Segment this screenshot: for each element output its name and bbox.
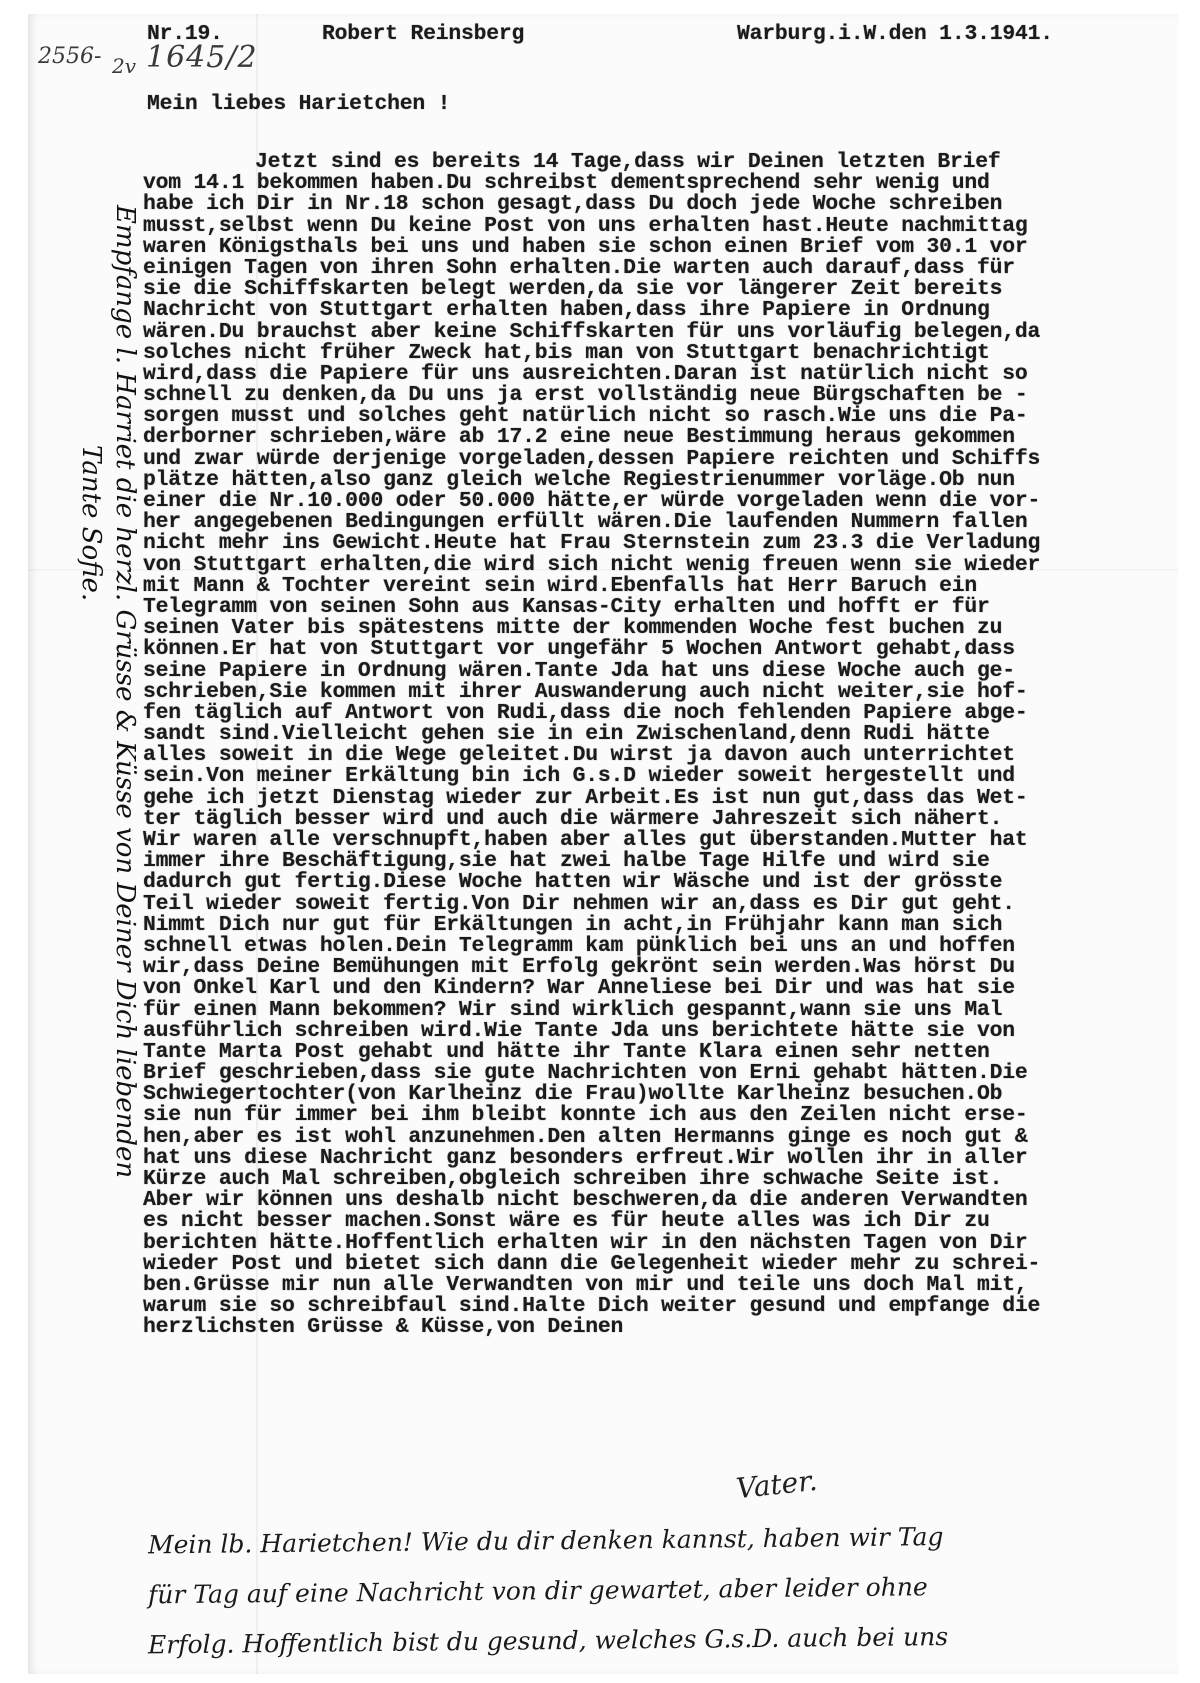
- body-line: berichten hätte.Hoffentlich erhalten wir…: [143, 1233, 1183, 1254]
- body-line: derborner schrieben,wäre ab 17.2 eine ne…: [143, 427, 1183, 448]
- handwritten-postscript: Mein lb. Harietchen! Wie du dir denken k…: [148, 1515, 1178, 1665]
- body-line: dadurch gut fertig.Diese Woche hatten wi…: [143, 872, 1183, 893]
- body-line: fen täglich auf Antwort von Rudi,dass di…: [143, 703, 1183, 724]
- body-line: von Onkel Karl und den Kindern? War Anne…: [143, 978, 1183, 999]
- body-line: hen,aber es ist wohl anzunehmen.Den alte…: [143, 1127, 1183, 1148]
- body-line: musst,selbst wenn Du keine Post von uns …: [143, 216, 1183, 237]
- body-line: ausführlich schreiben wird.Wie Tante Jda…: [143, 1021, 1183, 1042]
- salutation: Mein liebes Harietchen !: [147, 92, 450, 116]
- body-line: hat uns diese Nachricht ganz besonders e…: [143, 1148, 1183, 1169]
- letter-body: Jetzt sind es bereits 14 Tage,dass wir D…: [143, 152, 1183, 1339]
- letter-header: Nr.19. Robert Reinsberg Warburg.i.W.den …: [147, 22, 1147, 52]
- body-line: habe ich Dir in Nr.18 schon gesagt,dass …: [143, 194, 1183, 215]
- body-line: gehe ich jetzt Dienstag wieder zur Arbei…: [143, 788, 1183, 809]
- body-line: Telegramm von seinen Sohn aus Kansas-Cit…: [143, 597, 1183, 618]
- body-line: Wir waren alle verschnupft,haben aber al…: [143, 830, 1183, 851]
- body-line: Tante Marta Post gehabt und hätte ihr Ta…: [143, 1042, 1183, 1063]
- letter-number: Nr.19.: [147, 22, 223, 46]
- body-line: schrieben,Sie kommen mit ihrer Auswander…: [143, 682, 1183, 703]
- body-line: plätze hätten,also ganz gleich welche Re…: [143, 470, 1183, 491]
- body-line: Nachricht von Stuttgart erhalten haben,d…: [143, 300, 1183, 321]
- body-line: Teil wieder soweit fertig.Von Dir nehmen…: [143, 894, 1183, 915]
- body-line: Jetzt sind es bereits 14 Tage,dass wir D…: [143, 152, 1183, 173]
- place-date: Warburg.i.W.den 1.3.1941.: [737, 22, 1053, 46]
- body-line: solches nicht früher Zweck hat,bis man v…: [143, 343, 1183, 364]
- postscript-line: Erfolg. Hoffentlich bist du gesund, welc…: [148, 1610, 1178, 1671]
- body-line: ter täglich besser wird und auch die wär…: [143, 809, 1183, 830]
- body-line: es nicht besser machen.Sonst wäre es für…: [143, 1211, 1183, 1232]
- body-line: seine Papiere in Ordnung wären.Tante Jda…: [143, 661, 1183, 682]
- body-line: können.Er hat von Stuttgart vor ungefähr…: [143, 639, 1183, 660]
- body-line: Kürze auch Mal schreiben,obgleich schrei…: [143, 1169, 1183, 1190]
- body-line: mit Mann & Tochter vereint sein wird.Ebe…: [143, 576, 1183, 597]
- body-line: ben.Grüsse mir nun alle Verwandten von m…: [143, 1275, 1183, 1296]
- body-line: für einen Mann bekommen? Wir sind wirkli…: [143, 1000, 1183, 1021]
- margin-note-line: Tante Sofie.: [76, 205, 106, 1178]
- body-line: waren Königsthals bei uns und haben sie …: [143, 237, 1183, 258]
- body-line: wird,dass die Papiere für uns ausreichte…: [143, 364, 1183, 385]
- archive-mark: 2556-: [38, 44, 101, 69]
- sender-name: Robert Reinsberg: [322, 22, 524, 46]
- body-line: nicht mehr ins Gewicht.Heute hat Frau St…: [143, 533, 1183, 554]
- archive-mark: 2v: [112, 54, 136, 78]
- body-line: Nimmt Dich nur gut für Erkältungen in ac…: [143, 915, 1183, 936]
- body-line: herzlichsten Grüsse & Küsse,von Deinen: [143, 1317, 1183, 1338]
- body-line: wären.Du brauchst aber keine Schiffskart…: [143, 322, 1183, 343]
- body-line: einer die Nr.10.000 oder 50.000 hätte,er…: [143, 491, 1183, 512]
- body-line: und zwar würde derjenige vorgeladen,dess…: [143, 449, 1183, 470]
- body-line: von Stuttgart erhalten,die wird sich nic…: [143, 555, 1183, 576]
- body-line: sein.Von meiner Erkältung bin ich G.s.D …: [143, 766, 1183, 787]
- margin-note-line: Empfange l. Harriet die herzl. Grüsse & …: [110, 205, 140, 1178]
- body-line: einigen Tagen von ihren Sohn erhalten.Di…: [143, 258, 1183, 279]
- margin-note: Empfange l. Harriet die herzl. Grüsse & …: [76, 205, 140, 1178]
- body-line: schnell etwas holen.Dein Telegramm kam p…: [143, 936, 1183, 957]
- body-line: sie nun für immer bei ihm bleibt konnte …: [143, 1105, 1183, 1126]
- body-line: wieder Post und bietet sich dann die Gel…: [143, 1254, 1183, 1275]
